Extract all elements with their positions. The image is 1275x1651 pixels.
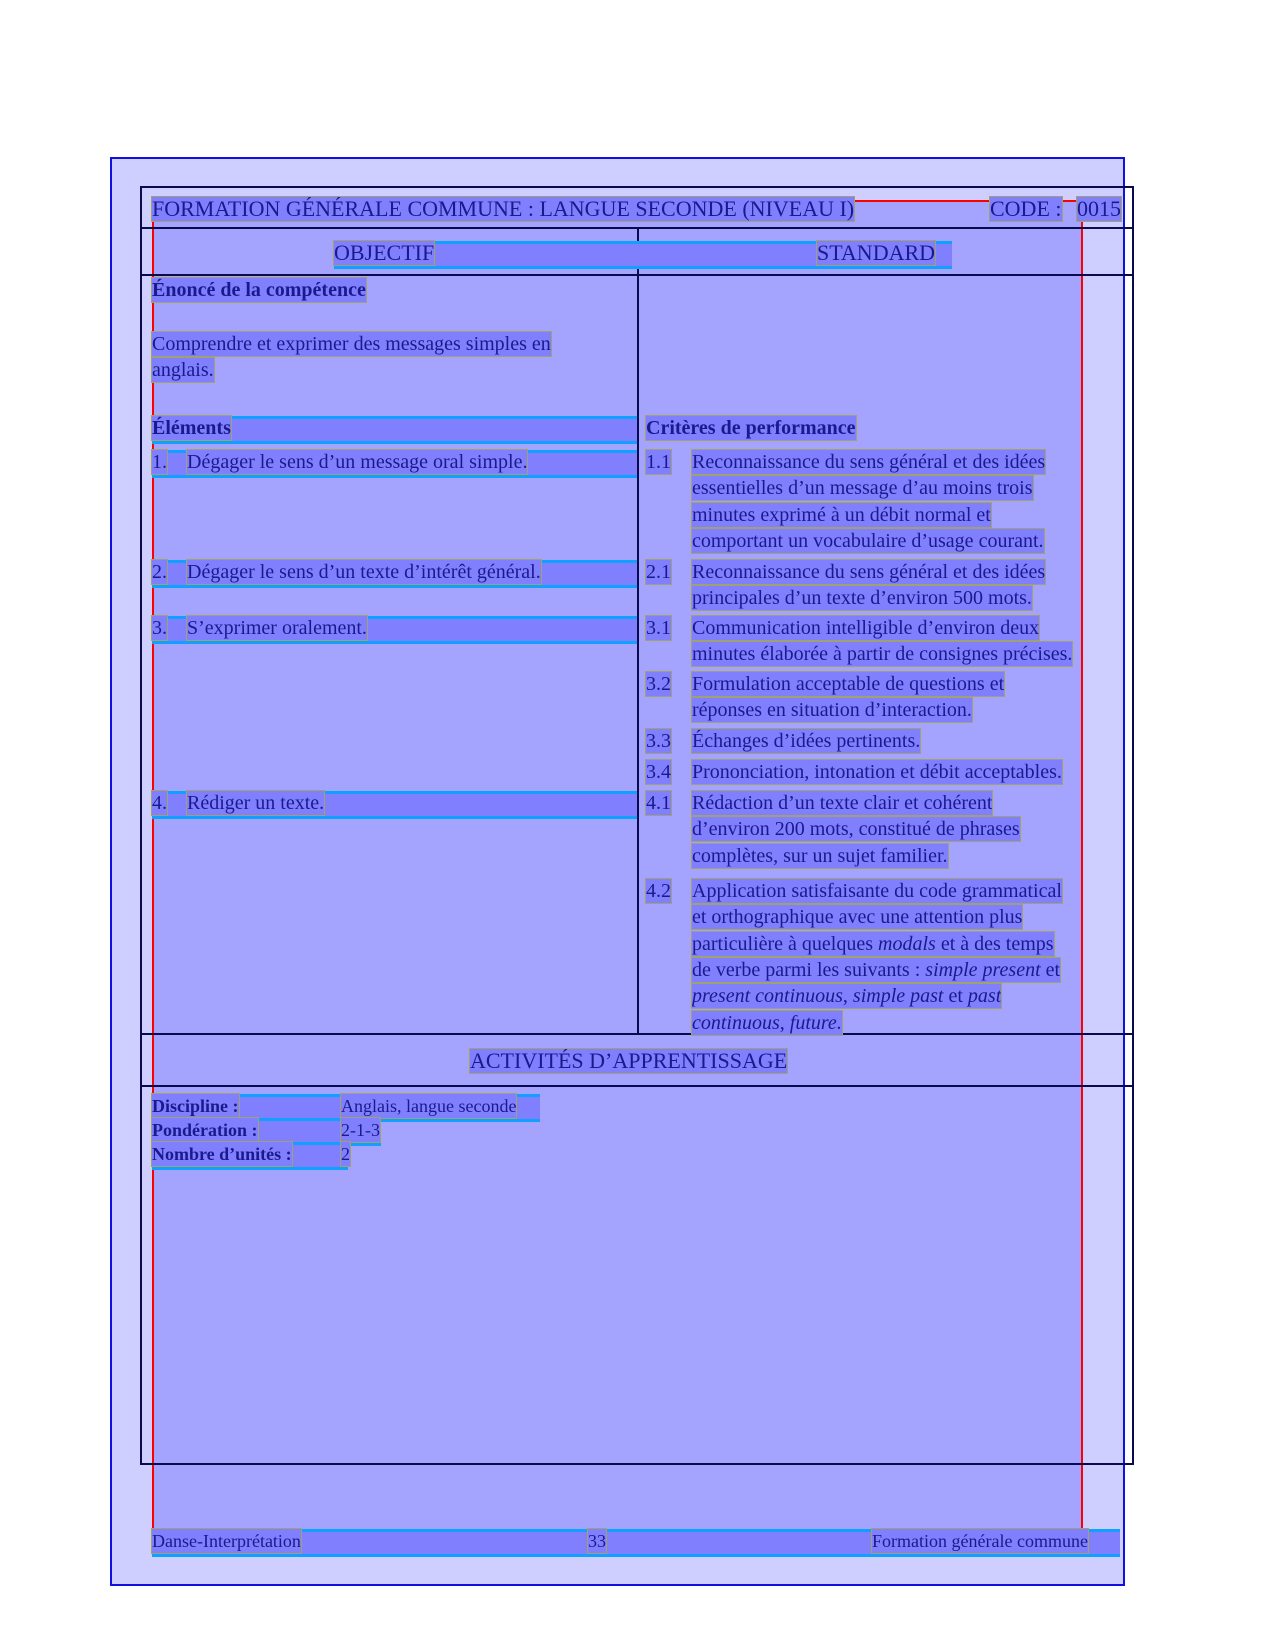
criterion-text: Rédaction d’un texte clair et cohérent — [692, 791, 992, 815]
course-code-label: CODE : — [990, 197, 1062, 221]
criterion-text: Communication intelligible d’environ deu… — [692, 616, 1039, 640]
criterion-text: particulière à quelques modals et à des … — [692, 932, 1054, 956]
element-number: 1. — [152, 450, 167, 474]
criterion-number: 2.1 — [646, 560, 671, 584]
page-number: 33 — [588, 1529, 606, 1553]
criterion-text: present continuous, simple past et past — [692, 984, 1001, 1008]
criterion-number: 1.1 — [646, 450, 671, 474]
criterion-number: 4.2 — [646, 879, 671, 903]
footer-left: Danse-Interprétation — [152, 1529, 301, 1553]
objectif-heading: OBJECTIF — [334, 241, 434, 265]
criterion-text: Prononciation, intonation et débit accep… — [692, 760, 1062, 784]
course-code: 0015 — [1077, 197, 1121, 221]
criteria-heading: Critères de performance — [646, 416, 856, 440]
criterion-text: minutes élaborée à partir de consignes p… — [692, 642, 1072, 666]
element-label: Dégager le sens d’un message oral simple… — [187, 450, 527, 474]
criterion-text: réponses en situation d’interaction. — [692, 698, 972, 722]
activities-heading: ACTIVITÉS D’APPRENTISSAGE — [470, 1049, 787, 1073]
elements-heading: Éléments — [152, 416, 231, 440]
discipline-label: Discipline : — [152, 1094, 239, 1118]
element-label: Dégager le sens d’un texte d’intérêt gén… — [187, 560, 541, 584]
element-number: 3. — [152, 616, 167, 640]
course-title: FORMATION GÉNÉRALE COMMUNE : LANGUE SECO… — [152, 197, 854, 221]
criterion-text: Application satisfaisante du code gramma… — [692, 879, 1062, 903]
element-label: Rédiger un texte. — [187, 791, 324, 815]
criterion-number: 3.1 — [646, 616, 671, 640]
criterion-text: Échanges d’idées pertinents. — [692, 729, 920, 753]
criterion-text: et orthographique avec une attention plu… — [692, 905, 1022, 929]
criterion-text: de verbe parmi les suivants : simple pre… — [692, 958, 1060, 982]
column-divider — [637, 227, 639, 1035]
competence-text: anglais. — [152, 358, 214, 382]
competence-heading: Énoncé de la compétence — [152, 278, 366, 302]
element-number: 4. — [152, 791, 167, 815]
criterion-number: 3.4 — [646, 760, 671, 784]
divider — [140, 1085, 1134, 1087]
element-label: S’exprimer oralement. — [187, 616, 367, 640]
units-label: Nombre d’unités : — [152, 1142, 292, 1166]
criterion-text: minutes exprimé à un débit normal et — [692, 503, 991, 527]
criterion-number: 3.2 — [646, 672, 671, 696]
criterion-text: continuous, future. — [692, 1011, 842, 1035]
ponderation-value: 2-1-3 — [341, 1118, 380, 1142]
ponderation-label: Pondération : — [152, 1118, 258, 1142]
criterion-text: Formulation acceptable de questions et — [692, 672, 1004, 696]
criterion-text: complètes, sur un sujet familier. — [692, 844, 948, 868]
criterion-text: Reconnaissance du sens général et des id… — [692, 450, 1045, 474]
criterion-text: principales d’un texte d’environ 500 mot… — [692, 586, 1032, 610]
criterion-number: 4.1 — [646, 791, 671, 815]
units-value: 2 — [341, 1142, 350, 1166]
criterion-text: Reconnaissance du sens général et des id… — [692, 560, 1045, 584]
criterion-text: essentielles d’un message d’au moins tro… — [692, 476, 1033, 500]
criterion-text: d’environ 200 mots, constitué de phrases — [692, 817, 1020, 841]
discipline-value: Anglais, langue seconde — [341, 1094, 516, 1118]
competence-text: Comprendre et exprimer des messages simp… — [152, 332, 551, 356]
element-number: 2. — [152, 560, 167, 584]
standard-heading: STANDARD — [817, 241, 935, 265]
criterion-text: comportant un vocabulaire d’usage couran… — [692, 529, 1044, 553]
criterion-number: 3.3 — [646, 729, 671, 753]
footer-right: Formation générale commune — [872, 1529, 1088, 1553]
